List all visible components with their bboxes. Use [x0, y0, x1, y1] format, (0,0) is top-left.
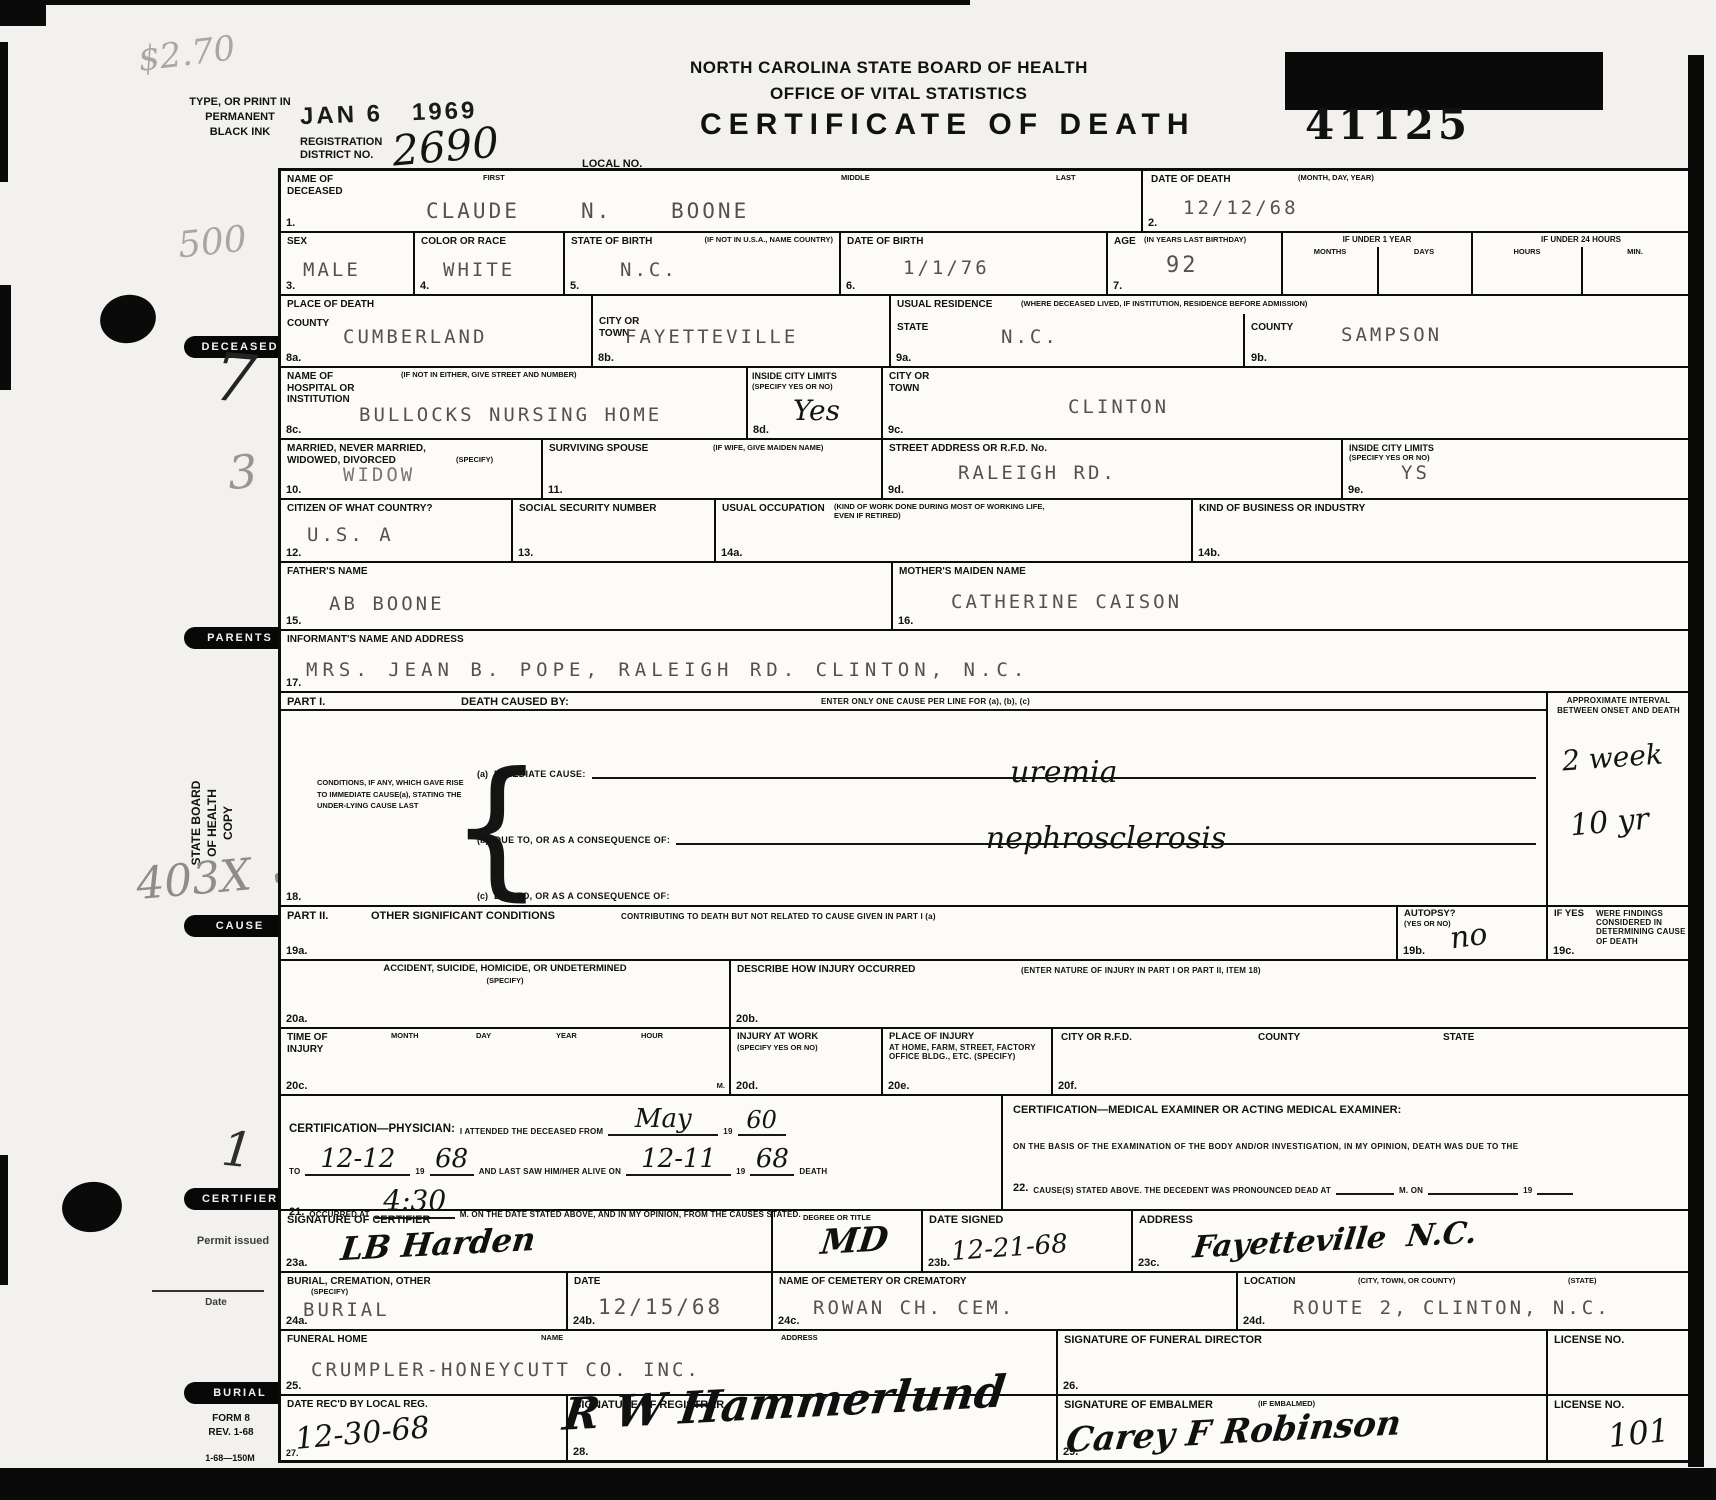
date-of-death-value: 12/12/68 [1183, 197, 1299, 219]
field-license-no-2: LICENSE NO. 101 [1548, 1396, 1689, 1460]
row-registrar: DATE REC'D BY LOCAL REG. 27. 12-30-68 SI… [281, 1396, 1689, 1460]
row-burial: BURIAL, CREMATION, OTHER (SPECIFY) 24a. … [281, 1273, 1689, 1331]
row-time-of-injury: TIME OFINJURY MONTH DAY YEAR HOUR 20c. M… [281, 1029, 1689, 1096]
row-hospital: NAME OFHOSPITAL ORINSTITUTION (IF NOT IN… [281, 368, 1689, 440]
burial-location-value: ROUTE 2, CLINTON, N.C. [1293, 1297, 1611, 1319]
residence-city-value: CLINTON [1068, 396, 1169, 418]
row-certifier-signature: SIGNATURE OF CERTIFIER 23a. LB Harden DE… [281, 1211, 1689, 1273]
row-name: NAME OFDECEASED FIRST MIDDLE LAST 1. CLA… [281, 171, 1689, 233]
date-of-birth-value: 1/1/76 [903, 257, 990, 279]
field-certification-medical-examiner: CERTIFICATION—MEDICAL EXAMINER OR ACTING… [1003, 1096, 1689, 1209]
inside-city-limits-8d-value: Yes [793, 394, 840, 427]
conditions-note: CONDITIONS, IF ANY, WHICH GAVE RISE TO I… [317, 777, 467, 812]
field-father-name: FATHER'S NAME 15. AB BOONE [281, 563, 893, 629]
citizen-value: U.S. A [307, 524, 394, 546]
field-marital-status: MARRIED, NEVER MARRIED,WIDOWED, DIVORCED… [281, 440, 543, 498]
field-certifier-address: ADDRESS 23c. Fayetteville N.C. [1133, 1211, 1689, 1271]
first-col-label: FIRST [483, 174, 505, 183]
name-first-value: CLAUDE [426, 199, 520, 223]
inside-city-limits-9e-value: YS [1401, 462, 1430, 484]
row-demographics: SEX 3. MALE COLOR OR RACE 4. WHITE STATE… [281, 233, 1689, 296]
margin-note-3: 3 [226, 444, 259, 500]
field-inside-city-limits-9e: INSIDE CITY LIMITS (SPECIFY YES OR NO) 9… [1343, 440, 1689, 498]
page-title: CERTIFICATE OF DEATH [700, 108, 1196, 142]
field-accident-type: ACCIDENT, SUICIDE, HOMICIDE, OR UNDETERM… [281, 961, 731, 1027]
field-burial-date: DATE 24b. 12/15/68 [568, 1273, 773, 1329]
due-to-b-value: nephrosclerosis [986, 821, 1226, 856]
last-seen-value: 12-11 [641, 1144, 716, 1174]
certificate-form: NAME OFDECEASED FIRST MIDDLE LAST 1. CLA… [278, 168, 1692, 1463]
cause-line-c: (c) DUE TO, OR AS A CONSEQUENCE OF: [477, 885, 1536, 901]
embalmer-signature-value: Carey F Robinson [1064, 1403, 1404, 1461]
scan-edge-left-1 [0, 42, 8, 182]
scan-edge-left-3 [0, 1155, 8, 1285]
row-part1-cause: PART I. DEATH CAUSED BY: ENTER ONLY ONE … [281, 693, 1689, 907]
residence-state-value: N.C. [1001, 326, 1059, 348]
informant-value: MRS. JEAN B. POPE, RALEIGH RD. CLINTON, … [306, 659, 1029, 681]
field-hospital: NAME OFHOSPITAL ORINSTITUTION (IF NOT IN… [281, 368, 748, 438]
org-name: NORTH CAROLINA STATE BOARD OF HEALTH [690, 58, 1088, 78]
field-pod-city: CITY ORTOWN 8b. FAYETTEVILLE [593, 296, 891, 366]
field-date-received: DATE REC'D BY LOCAL REG. 27. 12-30-68 [281, 1396, 568, 1460]
race-value: WHITE [443, 259, 515, 281]
immediate-cause-value: uremia [1010, 755, 1117, 790]
certifier-signature-value: LB Harden [339, 1220, 538, 1268]
burial-type-value: BURIAL [303, 1299, 390, 1321]
pod-city-value: FAYETTEVILLE [625, 326, 798, 348]
field-residence-city: CITY ORTOWN 9c. CLINTON [883, 368, 1689, 438]
field-color-race: COLOR OR RACE 4. WHITE [415, 233, 565, 294]
field-name-of-deceased: NAME OFDECEASED FIRST MIDDLE LAST 1. CLA… [281, 171, 1143, 231]
field-place-of-injury: PLACE OF INJURY AT HOME, FARM, STREET, F… [883, 1029, 1053, 1094]
field-ssn: SOCIAL SECURITY NUMBER 13. [513, 500, 716, 561]
scan-edge-bottom [0, 1468, 1716, 1500]
row-place-of-death: PLACE OF DEATH COUNTY 8a. CUMBERLAND CIT… [281, 296, 1689, 368]
field-interval-column: APPROXIMATE INTERVALBETWEEN ONSET AND DE… [1548, 693, 1689, 905]
certifier-address-value: Fayetteville N.C. [1191, 1215, 1479, 1265]
interval-b-value: 10 yr [1569, 802, 1651, 844]
field-degree-title: DEGREE OR TITLE MD [773, 1211, 923, 1271]
certificate-number: 41125 [1305, 100, 1471, 149]
field-autopsy-findings: IF YES WERE FINDINGS CONSIDERED IN DETER… [1548, 907, 1689, 959]
cause-line-a: (a) IMMEDIATE CAUSE: uremia [477, 751, 1536, 779]
field-time-of-injury: TIME OFINJURY MONTH DAY YEAR HOUR 20c. M… [281, 1029, 731, 1094]
middle-col-label: MIDDLE [841, 174, 870, 183]
row-informant: INFORMANT'S NAME AND ADDRESS 17. MRS. JE… [281, 631, 1689, 693]
field-inside-city-limits-8d: INSIDE CITY LIMITS (SPECIFY YES OR NO) 8… [748, 368, 883, 438]
field-street-address: STREET ADDRESS OR R.F.D. No. 9d. RALEIGH… [883, 440, 1343, 498]
ink-blot-icon [96, 290, 161, 349]
field-date-of-birth: DATE OF BIRTH 6. 1/1/76 [841, 233, 1108, 294]
attended-to-value: 12-12 [320, 1144, 395, 1174]
am-pm-marker: M. [717, 1082, 725, 1091]
field-usual-residence: USUAL RESIDENCE (WHERE DECEASED LIVED, I… [891, 296, 1689, 366]
funeral-home-value: CRUMPLER-HONEYCUTT CO. INC. [311, 1359, 701, 1381]
date-received-value: 12-30-68 [294, 1410, 431, 1457]
cemetery-value: ROWAN CH. CEM. [813, 1297, 1015, 1319]
field-occupation: USUAL OCCUPATION (KIND OF WORK DONE DURI… [716, 500, 1193, 561]
field-date-signed: DATE SIGNED 23b. 12-21-68 [923, 1211, 1133, 1271]
field-injury-description: DESCRIBE HOW INJURY OCCURRED (ENTER NATU… [731, 961, 1689, 1027]
scan-edge-right [1688, 55, 1704, 1467]
scan-edge-left-2 [0, 285, 11, 390]
permit-issued-label: Permit issued [178, 1234, 288, 1249]
pod-county-value: CUMBERLAND [343, 326, 487, 348]
field-age: AGE (IN YEARS LAST BIRTHDAY) 7. 92 [1108, 233, 1283, 294]
registration-district-label: REGISTRATION DISTRICT NO. [300, 136, 382, 161]
row-marital: MARRIED, NEVER MARRIED,WIDOWED, DIVORCED… [281, 440, 1689, 500]
sex-value: MALE [303, 259, 361, 281]
row-citizen: CITIZEN OF WHAT COUNTRY? 12. U.S. A SOCI… [281, 500, 1689, 563]
field-embalmer-signature: SIGNATURE OF EMBALMER (IF EMBALMED) 29. … [1058, 1396, 1548, 1460]
field-burial-location: LOCATION (CITY, TOWN, OR COUNTY) (STATE)… [1238, 1273, 1689, 1329]
fee-note: $2.70 [136, 28, 237, 80]
field-registrar-signature: SIGNATURE OF REGISTRAR 28. R W Hammerlun… [568, 1396, 1058, 1460]
scan-corner-top-left [0, 0, 46, 26]
scan-edge-top [0, 0, 970, 5]
hospital-value: BULLOCKS NURSING HOME [359, 404, 662, 426]
margin-note-1: 1 [219, 1121, 255, 1180]
field-injury-location: CITY OR R.F.D. COUNTY STATE 20f. [1053, 1029, 1689, 1094]
field-industry: KIND OF BUSINESS OR INDUSTRY 14b. [1193, 500, 1689, 561]
row-parents: FATHER'S NAME 15. AB BOONE MOTHER'S MAID… [281, 563, 1689, 631]
field-if-under-24-hours: IF UNDER 24 HOURS HOURS MIN. [1473, 233, 1689, 294]
date-signed-value: 12-21-68 [950, 1229, 1069, 1267]
field-mother-name: MOTHER'S MAIDEN NAME 16. CATHERINE CAISO… [893, 563, 1689, 629]
field-certifier-signature: SIGNATURE OF CERTIFIER 23a. LB Harden [281, 1211, 773, 1271]
residence-county-value: SAMPSON [1341, 324, 1442, 346]
mother-name-value: CATHERINE CAISON [951, 591, 1182, 613]
row-accident: ACCIDENT, SUICIDE, HOMICIDE, OR UNDETERM… [281, 961, 1689, 1029]
ink-instruction: TYPE, OR PRINT IN PERMANENT BLACK INK [160, 95, 320, 140]
field-license-no-1: LICENSE NO. [1548, 1331, 1689, 1394]
field-autopsy: AUTOPSY? (YES OR NO) no 19b. [1398, 907, 1548, 959]
name-middle-value: N. [581, 199, 612, 223]
father-name-value: AB BOONE [329, 593, 445, 615]
license-no-2-value: 101 [1606, 1411, 1671, 1455]
attended-from-value: May [635, 1104, 692, 1134]
field-burial-type: BURIAL, CREMATION, OTHER (SPECIFY) 24a. … [281, 1273, 568, 1329]
name-last-value: BOONE [671, 199, 749, 223]
last-col-label: LAST [1056, 174, 1076, 183]
date-line [152, 1290, 264, 1292]
margin-note-7: 7 [211, 338, 260, 418]
row-part2: PART II. OTHER SIGNIFICANT CONDITIONS CO… [281, 907, 1689, 961]
autopsy-value: no [1448, 917, 1490, 957]
field-part1: PART I. DEATH CAUSED BY: ENTER ONLY ONE … [281, 693, 1548, 905]
field-sex: SEX 3. MALE [281, 233, 415, 294]
degree-value: MD [819, 1219, 891, 1263]
row-certification: CERTIFICATION—PHYSICIAN: I ATTENDED THE … [281, 1096, 1689, 1211]
street-address-value: RALEIGH RD. [958, 462, 1117, 484]
age-value: 92 [1166, 253, 1199, 278]
form-number: FORM 8 REV. 1-68 [196, 1412, 266, 1439]
field-certification-physician: CERTIFICATION—PHYSICIAN: I ATTENDED THE … [281, 1096, 1003, 1209]
marital-status-value: WIDOW [343, 464, 415, 486]
form-print-code: 1-68—150M [190, 1452, 270, 1464]
cause-line-b: (b) DUE TO, OR AS A CONSEQUENCE OF: neph… [477, 817, 1536, 845]
field-pod-county: PLACE OF DEATH COUNTY 8a. CUMBERLAND [281, 296, 593, 366]
office-name: OFFICE OF VITAL STATISTICS [770, 84, 1027, 104]
field-state-of-birth: STATE OF BIRTH (IF NOT IN U.S.A., NAME C… [565, 233, 841, 294]
state-of-birth-value: N.C. [620, 259, 678, 281]
ink-blot-icon [59, 1178, 125, 1236]
field-if-under-1-year: IF UNDER 1 YEAR MONTHS DAYS [1283, 233, 1473, 294]
registration-district-value: 2690 [390, 117, 501, 175]
field-funeral-director-signature: SIGNATURE OF FUNERAL DIRECTOR 26. [1058, 1331, 1548, 1394]
field-date-of-death: DATE OF DEATH (MONTH, DAY, YEAR) 2. 12/1… [1143, 171, 1689, 231]
margin-note-500: 500 [176, 219, 249, 267]
field-citizen: CITIZEN OF WHAT COUNTRY? 12. U.S. A [281, 500, 513, 561]
interval-a-value: 2 week [1561, 738, 1664, 778]
field-part2: PART II. OTHER SIGNIFICANT CONDITIONS CO… [281, 907, 1398, 959]
field-surviving-spouse: SURVIVING SPOUSE (IF WIFE, GIVE MAIDEN N… [543, 440, 883, 498]
field-injury-at-work: INJURY AT WORK (SPECIFY YES OR NO) 20d. [731, 1029, 883, 1094]
field-informant: INFORMANT'S NAME AND ADDRESS 17. MRS. JE… [281, 631, 1689, 691]
death-certificate-scan: { "header": { "org": "NORTH CAROLINA STA… [0, 0, 1716, 1500]
burial-date-value: 12/15/68 [598, 1295, 723, 1319]
date-label: Date [196, 1296, 236, 1310]
field-cemetery: NAME OF CEMETERY OR CREMATORY 24c. ROWAN… [773, 1273, 1238, 1329]
